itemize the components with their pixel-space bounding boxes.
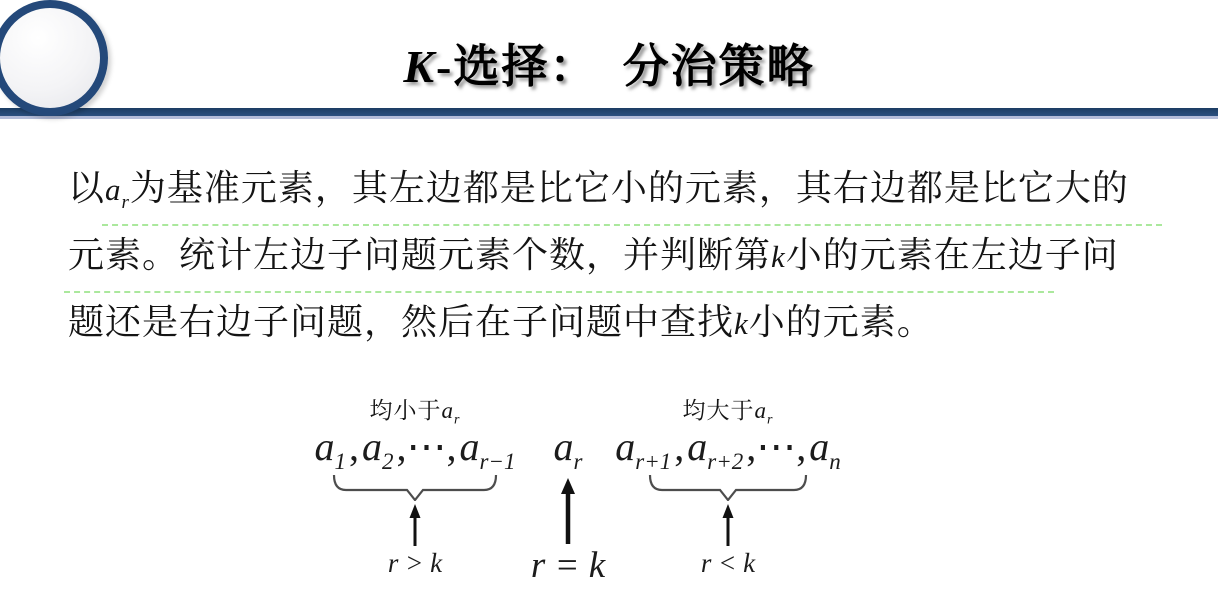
body-line-3: 题还是右边子问题，然后在子问题中查找k小的元素。 xyxy=(68,294,934,345)
up-arrow-icon xyxy=(558,478,578,544)
body-text-segment: 小的元素。 xyxy=(749,302,934,342)
right-partition-label: 均大于ar xyxy=(683,392,774,425)
math-operator: , xyxy=(349,424,359,469)
body-text-segment: 元素。统计左边子问题元素个数，并判断第 xyxy=(68,235,771,275)
body-text-segment: 题还是右边子问题，然后在子问题中查找 xyxy=(68,302,734,342)
math-term: a xyxy=(460,424,480,469)
body-line-1: 以ar为基准元素，其左边都是比它小的元素，其右边都是比它大的 xyxy=(68,160,1129,211)
math-subscript: r+1 xyxy=(635,449,671,474)
body-line-2: 元素。统计左边子问题元素个数，并判断第k小的元素在左边子问 xyxy=(68,227,1119,278)
title-divider-accent xyxy=(0,116,1218,119)
artifact-dashed-line xyxy=(64,291,1054,293)
math-subscript: n xyxy=(829,449,841,474)
math-subscript: r xyxy=(574,449,583,474)
body-text-segment: 以 xyxy=(68,168,105,208)
pivot-formula: ar xyxy=(554,425,583,475)
label-text: 均小于 xyxy=(370,398,442,423)
math-term: a xyxy=(315,424,335,469)
math-term: a xyxy=(554,424,574,469)
math-subscript: 2 xyxy=(382,449,394,474)
slide-canvas: K-选择：分治策略 以ar为基准元素，其左边都是比它小的元素，其右边都是比它大的… xyxy=(0,0,1218,616)
right-condition-label: r < k xyxy=(701,548,755,579)
body-text-segment: 小的元素在左边子问 xyxy=(786,235,1119,275)
title-k-variable: K xyxy=(403,41,436,92)
slide-title: K-选择：分治策略 xyxy=(0,30,1218,96)
var-k: k xyxy=(771,239,786,274)
title-mid-text: -选择： xyxy=(436,41,597,92)
var-a: a xyxy=(105,172,122,207)
right-partition-group: 均大于ar ar+1,ar+2,⋯,an r < k xyxy=(608,392,848,579)
label-text: 均大于 xyxy=(683,398,755,423)
left-subarray-formula: a1,a2,⋯,ar−1 xyxy=(315,425,516,475)
math-term: a xyxy=(809,424,829,469)
up-arrow-icon xyxy=(406,504,424,546)
left-partition-label: 均小于ar xyxy=(370,392,461,425)
left-condition-label: r > k xyxy=(388,548,442,579)
var-k: k xyxy=(734,306,749,341)
decorative-circle xyxy=(0,0,108,116)
middle-condition-label: r = k xyxy=(531,544,605,587)
left-partition-group: 均小于ar a1,a2,⋯,ar−1 r > k xyxy=(305,392,525,579)
up-arrow-icon xyxy=(719,504,737,546)
underbrace-icon xyxy=(647,475,809,501)
math-subscript: r+2 xyxy=(707,449,743,474)
artifact-dashed-line xyxy=(102,224,1162,226)
math-term: a xyxy=(362,424,382,469)
math-operator: ,⋯, xyxy=(746,424,806,469)
math-subscript: 1 xyxy=(335,449,347,474)
math-term: a xyxy=(615,424,635,469)
math-term: a xyxy=(687,424,707,469)
title-divider xyxy=(0,108,1218,116)
math-operator: , xyxy=(674,424,684,469)
underbrace-icon xyxy=(331,475,499,501)
right-subarray-formula: ar+1,ar+2,⋯,an xyxy=(615,425,840,475)
var-a: a xyxy=(755,398,768,423)
var-a-subscript: r xyxy=(122,192,130,213)
body-text-segment: 为基准元素，其左边都是比它小的元素，其右边都是比它大的 xyxy=(130,168,1129,208)
math-operator: ,⋯, xyxy=(397,424,457,469)
title-tail-text: 分治策略 xyxy=(623,41,815,92)
var-a: a xyxy=(442,398,455,423)
